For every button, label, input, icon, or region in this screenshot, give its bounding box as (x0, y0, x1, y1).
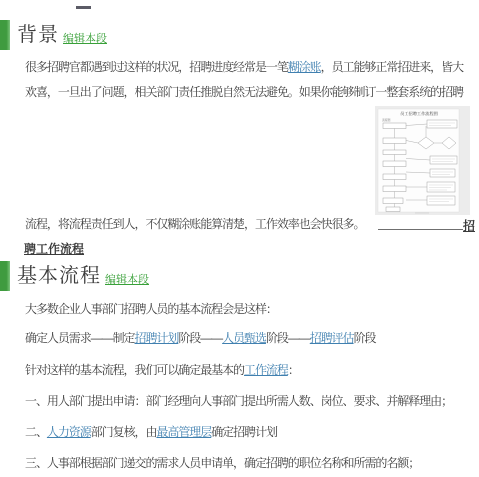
text-run: ： (288, 363, 299, 377)
link-top-management[interactable]: 最高管理层 (156, 425, 211, 439)
link-personnel-selection[interactable]: 人员甄选 (222, 331, 266, 345)
link-hutuzhang[interactable]: 糊涂账 (288, 60, 321, 74)
edit-section-link[interactable]: 编辑本段 (105, 271, 149, 287)
text-run: 二、 (25, 425, 47, 439)
link-recruitment-evaluation[interactable]: 招聘评估 (310, 331, 354, 345)
paragraph-line: 针对这样的基本流程，我们可以确定最基本的工作流程： (25, 363, 299, 378)
paragraph-line: 大多数企业人事部门招聘人员的基本流程会是这样： (25, 302, 277, 317)
link-recruitment-plan[interactable]: 招聘计划 (135, 331, 179, 345)
collapsed-text-indicator (76, 6, 91, 9)
step-item-1: 一、用人部门提出申请：部门经理向人事部门提出所需人数、岗位、要求、并解释理由； (25, 394, 452, 409)
paragraph-line: 很多招聘官都遇到过这样的状况，招聘进度经常是一笔糊涂账，员工能够正常招进来，皆大 (25, 60, 463, 75)
text-run: 流程，将流程责任到人，不仅糊涂账能算清楚，工作效率也会快很多。 (25, 217, 364, 231)
text-run: 阶段—— (266, 331, 310, 345)
step-item-2: 二、人力资源部门复核，由最高管理层确定招聘计划 (25, 425, 277, 440)
paragraph-line: 确定人员需求——制定招聘计划阶段——人员甄选阶段——招聘评估阶段 (25, 331, 375, 346)
text-run: 阶段 (354, 331, 376, 345)
link-human-resources[interactable]: 人力资源 (47, 425, 91, 439)
link-work-flow[interactable]: 工作流程 (244, 363, 288, 377)
section-header-process: 基本流程 编辑本段 (0, 261, 149, 291)
text-run: 确定招聘计划 (211, 425, 277, 439)
text-run: 大多数企业人事部门招聘人员的基本流程会是这样： (25, 302, 277, 316)
heading-accent-bar (0, 20, 10, 50)
text-run: 很多招聘官都遇到过这样的状况，招聘进度经常是一笔 (25, 60, 288, 74)
svg-text:流程图: 流程图 (382, 118, 391, 122)
section-title-background: 背景 (17, 20, 59, 50)
text-run: 欢喜，一旦出了问题，相关部门责任推脱自然无法避免。如果你能够制订一整套系统的招聘 (25, 85, 463, 99)
paragraph-line: 欢喜，一旦出了问题，相关部门责任推脱自然无法避免。如果你能够制订一整套系统的招聘 (25, 85, 463, 100)
text-run: ，员工能够正常招进来，皆大 (321, 60, 463, 74)
edit-section-link[interactable]: 编辑本段 (63, 30, 107, 46)
image-caption-part1[interactable]: 招 (463, 217, 475, 234)
article-page: 背景 编辑本段 很多招聘官都遇到过这样的状况，招聘进度经常是一笔糊涂账，员工能够… (0, 0, 479, 477)
text-run: 确定人员需求——制定 (25, 331, 135, 345)
flowchart-title-text: 员工招聘工作流程图 (400, 110, 438, 117)
section-title-process: 基本流程 (17, 261, 101, 291)
image-caption-part2[interactable]: 聘工作流程 (24, 240, 84, 257)
section-header-background: 背景 编辑本段 (0, 20, 107, 50)
caption-underline-gap (378, 217, 463, 230)
text-run: 部门复核，由 (91, 425, 157, 439)
text-run: 三、人事部根据部门递交的需求人员申请单，确定招聘的职位名称和所需的名额； (25, 456, 419, 470)
text-run: 阶段—— (178, 331, 222, 345)
step-item-3: 三、人事部根据部门递交的需求人员申请单，确定招聘的职位名称和所需的名额； (25, 456, 419, 471)
text-run: 一、用人部门提出申请：部门经理向人事部门提出所需人数、岗位、要求、并解释理由； (25, 394, 452, 408)
heading-accent-bar (0, 261, 10, 291)
flowchart-image[interactable]: 员工招聘工作流程图 流程图 (375, 106, 470, 215)
flowchart-graphic: 员工招聘工作流程图 流程图 (375, 106, 470, 215)
text-run: 针对这样的基本流程，我们可以确定最基本的 (25, 363, 244, 377)
paragraph-line: 流程，将流程责任到人，不仅糊涂账能算清楚，工作效率也会快很多。 (25, 217, 364, 232)
